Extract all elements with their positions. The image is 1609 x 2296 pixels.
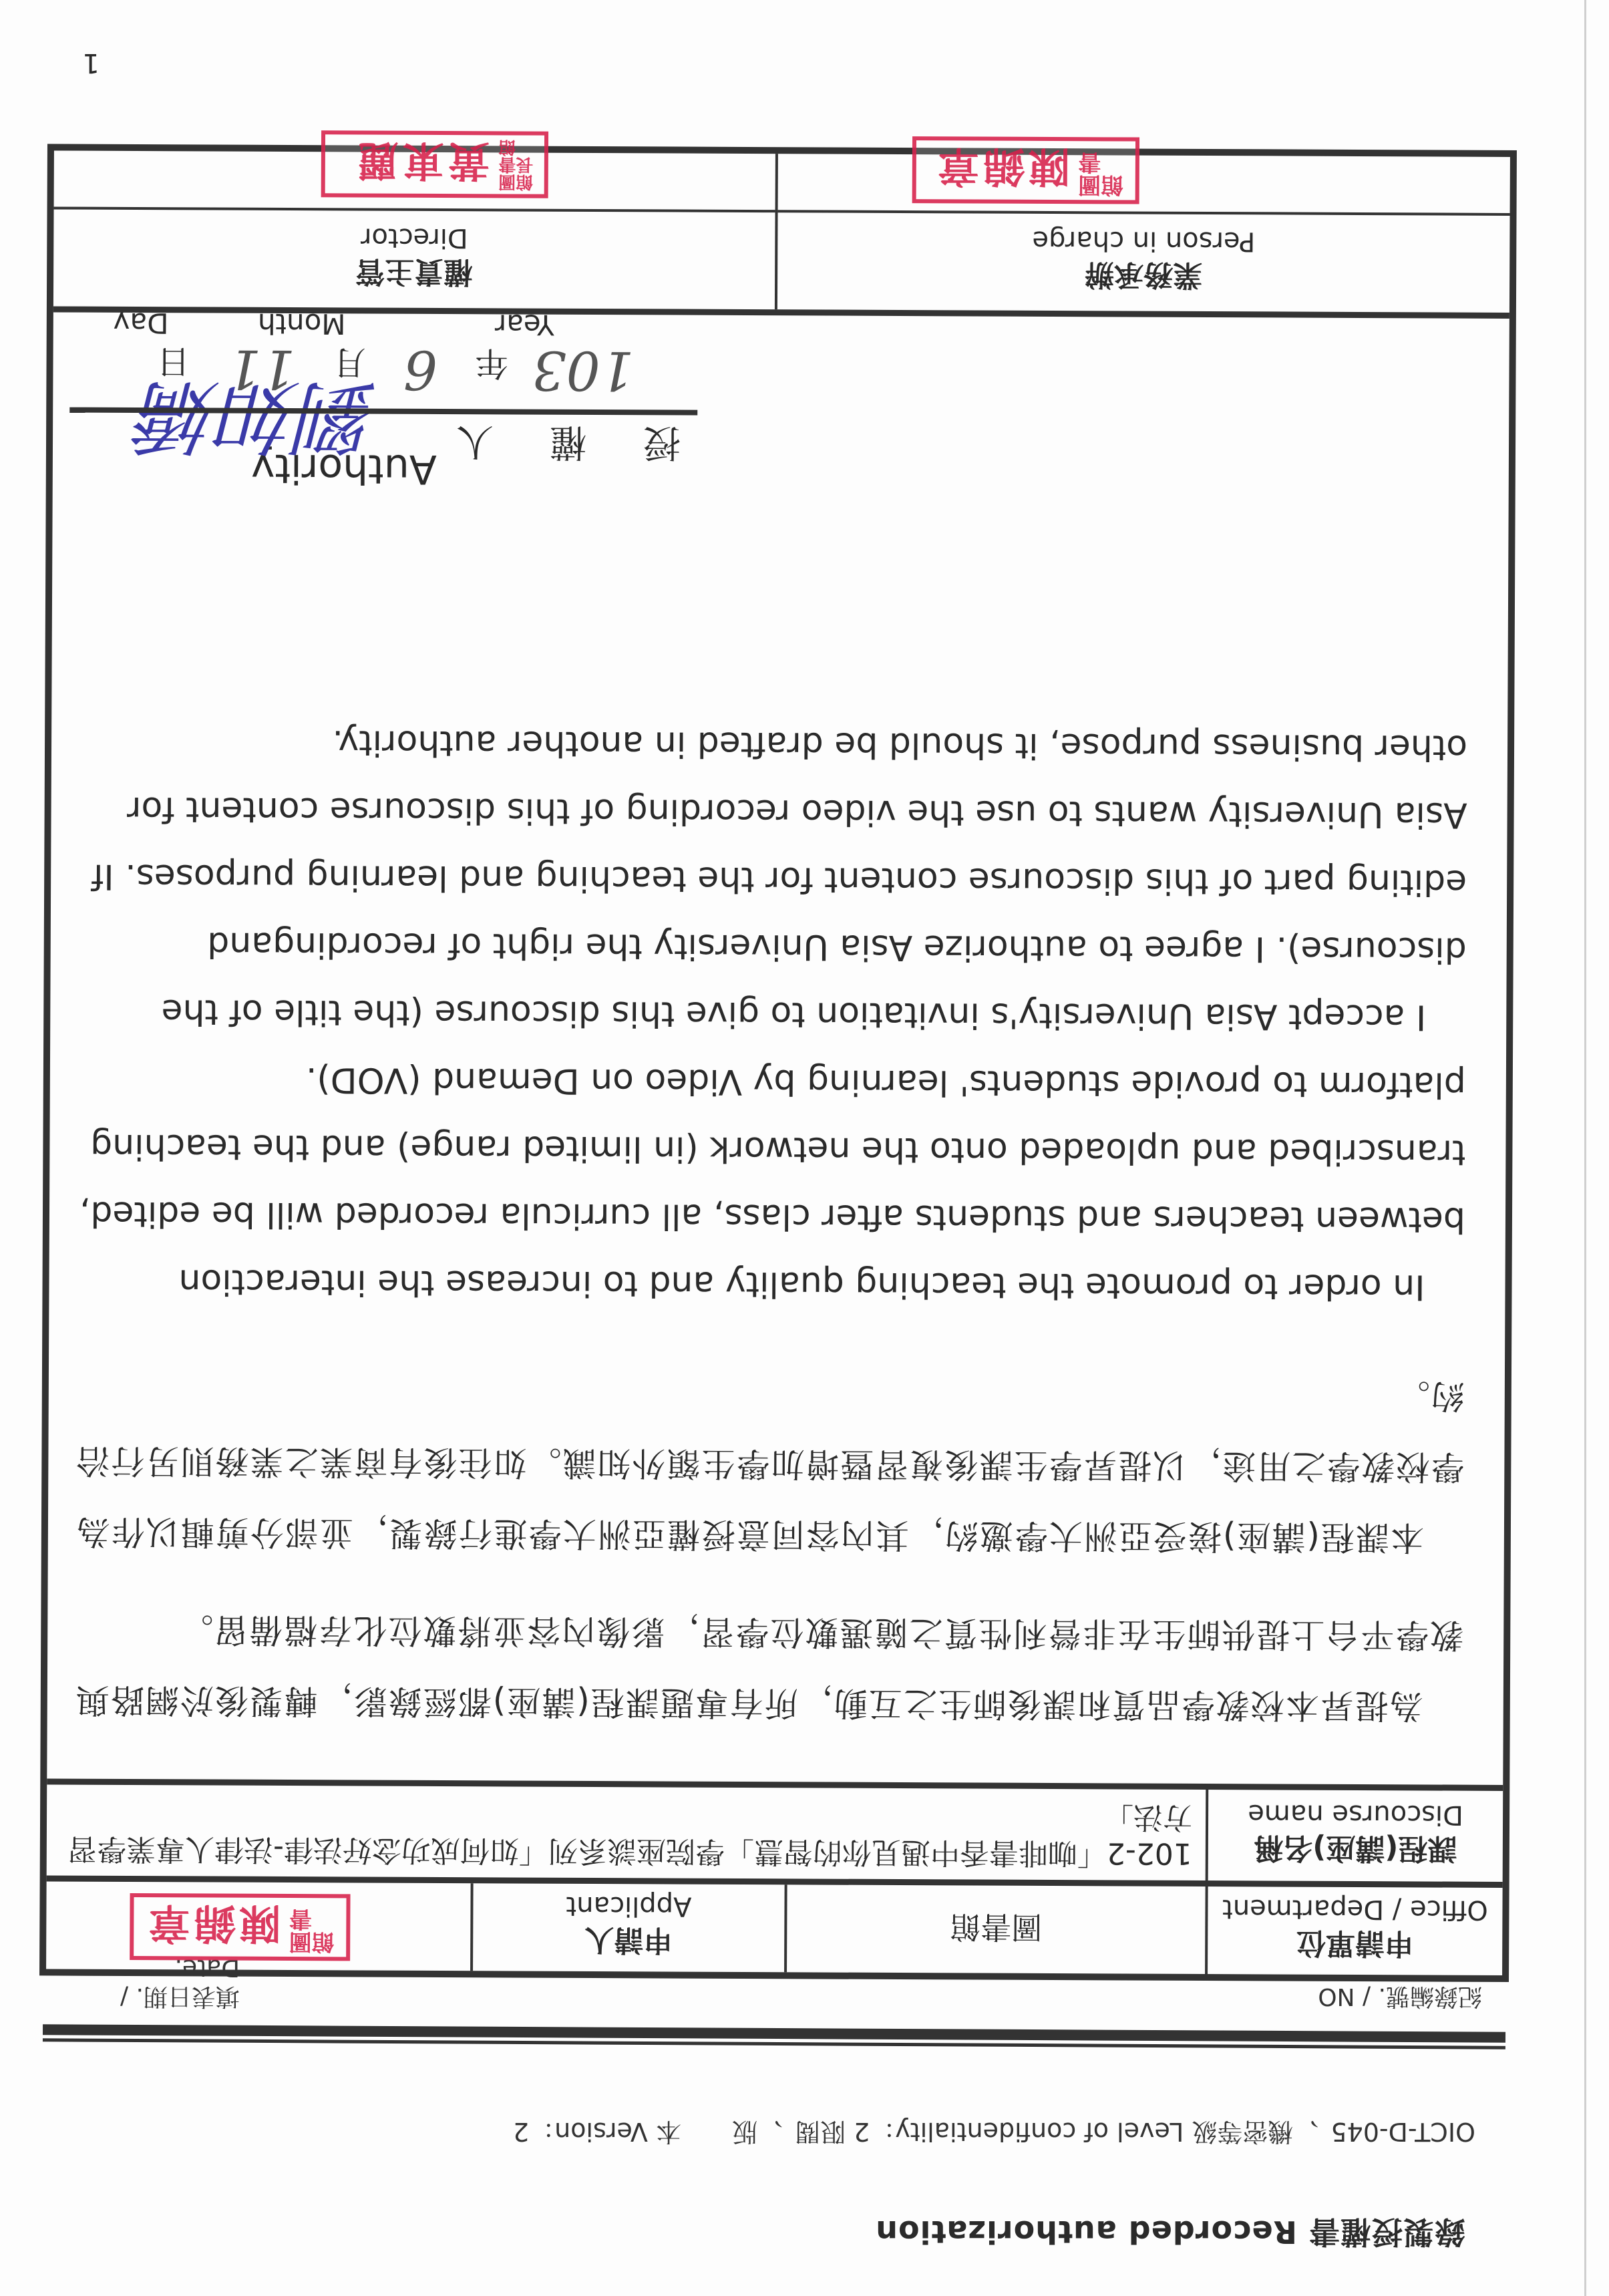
approval-section: 業務承辦 Person in charge 圖書館 陳錦章 權責主管 Direc… [53,150,1510,313]
director-label: 權責主管 Director [53,206,775,309]
version: 、版 本 Version：2 [513,2117,783,2146]
zh-paragraph-1: 為提昇本校教學品質和課後師生之互動，所有專題課程(講座)都經錄影，轉製後於網路與… [74,1594,1464,1742]
authority-label-zh: 授 權 人 [447,420,681,464]
date-year-value: 103 [532,339,635,402]
discourse-label-zh: 課程(講座)名稱 [1254,1829,1457,1872]
stamp-org: 圖書館 [291,1901,337,1954]
discourse-label-en: Discourse name [1248,1798,1463,1830]
stamp-name: 陳錦章 [934,140,1070,200]
date-year-unit: 年 [475,343,508,382]
office-label-cell: 申請單位 Office / Department [1205,1887,1503,1975]
discourse-name-value: 102-2「咖啡書香中遇見你的智慧」學院座談系列「如何成功念好法律-法律人專業學… [47,1784,1206,1880]
scan-artifact-line [1584,0,1586,2296]
person-in-charge-cell: 業務承辦 Person in charge 圖書館 陳錦章 [775,154,1510,313]
document-title: 錄製授權書 Recorded authorization [875,2212,1465,2256]
date-month-unit: 月 [333,343,366,381]
director-label-en: Director [361,222,468,254]
confidentiality-level: 、機密等級 Level of confidentiality：2 限閱 [795,2117,1318,2146]
stamp-name: 黃東麗 [353,134,490,194]
date-day-unit: 日 [157,342,190,381]
header-double-rule [43,2024,1505,2049]
office-value-cell: 圖書館 [784,1884,1206,1974]
applicant-stamp-cell: 圖書館 陳錦章 [46,1881,471,1971]
stamp-org: 圖書館館長 [500,138,535,191]
en-paragraph-2: I accept Asia University's invitation to… [77,707,1467,1051]
en-paragraph-1: In order to promote the teaching quality… [75,1045,1466,1321]
applicant-label-cell: 申請人 Applicant [470,1883,785,1972]
authority-section: 授 權 人 Authority 劉如嬌 103 年 6 月 11 日 Year … [53,325,1509,486]
person-label-en: Person in charge [1032,225,1255,257]
discourse-label-cell: 課程(講座)名稱 Discourse name [1206,1790,1503,1882]
record-no-label: 紀錄編號. / NO [1318,1981,1482,2015]
form-code: OICT-D-045 [1330,2117,1475,2146]
page-number: 1 [83,47,100,78]
date-day-value: 11 [227,338,295,400]
stamp-org: 圖書館 [1081,144,1126,197]
person-in-charge-label: 業務承辦 Person in charge [777,210,1510,313]
director-stamp: 圖書館館長 黃東麗 [321,130,548,198]
applicant-row: 申請單位 Office / Department 圖書館 申請人 Applica… [46,1875,1503,1975]
authorization-body: 為提昇本校教學品質和課後師生之互動，所有專題課程(講座)都經錄影，轉製後於網路與… [47,633,1507,1774]
office-label-zh: 申請單位 [1296,1925,1414,1968]
applicant-label-en: Applicant [566,1891,691,1922]
authority-date: 103 年 6 月 11 日 [156,337,634,401]
title-zh: 錄製授權書 [1308,2214,1465,2250]
title-en: Recorded authorization [875,2214,1297,2250]
director-cell: 權責主管 Director 圖書館館長 黃東麗 [53,150,775,309]
applicant-label-zh: 申請人 [584,1921,673,1965]
person-label-zh: 業務承辦 [1085,257,1202,300]
office-value: 圖書館 [950,1907,1042,1952]
scanned-document-page: 1 錄製授權書 Recorded authorization OICT-D-04… [0,0,1609,2296]
form-code-line: OICT-D-045、機密等級 Level of confidentiality… [501,2116,1475,2152]
stamp-name: 陳錦章 [144,1897,281,1957]
applicant-stamp: 圖書館 陳錦章 [130,1893,350,1961]
form-table: 申請單位 Office / Department 圖書館 申請人 Applica… [39,144,1517,1982]
office-label-en: Office / Department [1222,1894,1488,1926]
director-label-zh: 權責主管 [355,253,473,297]
discourse-row: 課程(講座)名稱 Discourse name 102-2「咖啡書香中遇見你的智… [47,1778,1503,1882]
person-in-charge-stamp: 圖書館 陳錦章 [912,136,1139,204]
zh-paragraph-2: 本課程(講座)接受亞洲大學邀約，其內容同意授權亞洲大學進行錄製，並部分剪輯以作為… [75,1355,1465,1573]
date-month-value: 6 [403,339,437,401]
